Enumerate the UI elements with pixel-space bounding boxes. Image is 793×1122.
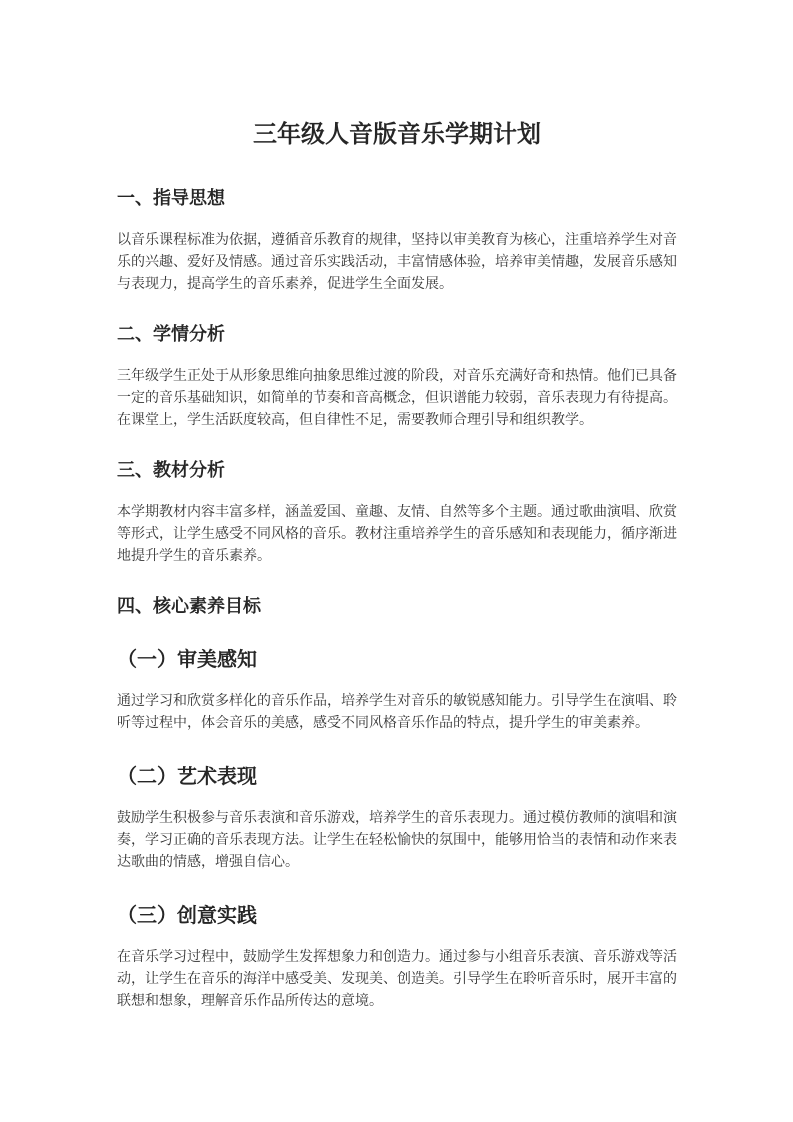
subsection-paragraph-creative-practice: 在音乐学习过程中，鼓励学生发挥想象力和创造力。通过参与小组音乐表演、音乐游戏等活… [117, 947, 677, 1013]
section-heading-guiding-ideology: 一、指导思想 [117, 187, 677, 210]
subsection-heading-creative-practice: （三）创意实践 [117, 904, 677, 929]
section-heading-learner-analysis: 二、学情分析 [117, 323, 677, 346]
section-paragraph-textbook-analysis: 本学期教材内容丰富多样，涵盖爱国、童趣、友情、自然等多个主题。通过歌曲演唱、欣赏… [117, 502, 677, 568]
section-paragraph-guiding-ideology: 以音乐课程标准为依据，遵循音乐教育的规律，坚持以审美教育为核心，注重培养学生对音… [117, 230, 677, 296]
section-heading-textbook-analysis: 三、教材分析 [117, 459, 677, 482]
subsection-paragraph-aesthetic-perception: 通过学习和欣赏多样化的音乐作品，培养学生对音乐的敏锐感知能力。引导学生在演唱、聆… [117, 691, 677, 735]
subsection-paragraph-artistic-expression: 鼓励学生积极参与音乐表演和音乐游戏，培养学生的音乐表现力。通过模仿教师的演唱和演… [117, 808, 677, 874]
section-paragraph-learner-analysis: 三年级学生正处于从形象思维向抽象思维过渡的阶段，对音乐充满好奇和热情。他们已具备… [117, 366, 677, 432]
document-page: 三年级人音版音乐学期计划 一、指导思想 以音乐课程标准为依据，遵循音乐教育的规律… [0, 0, 793, 1122]
section-heading-core-competency-goals: 四、核心素养目标 [117, 595, 677, 618]
subsection-heading-artistic-expression: （二）艺术表现 [117, 765, 677, 790]
subsection-heading-aesthetic-perception: （一）审美感知 [117, 648, 677, 673]
document-title: 三年级人音版音乐学期计划 [117, 120, 677, 151]
